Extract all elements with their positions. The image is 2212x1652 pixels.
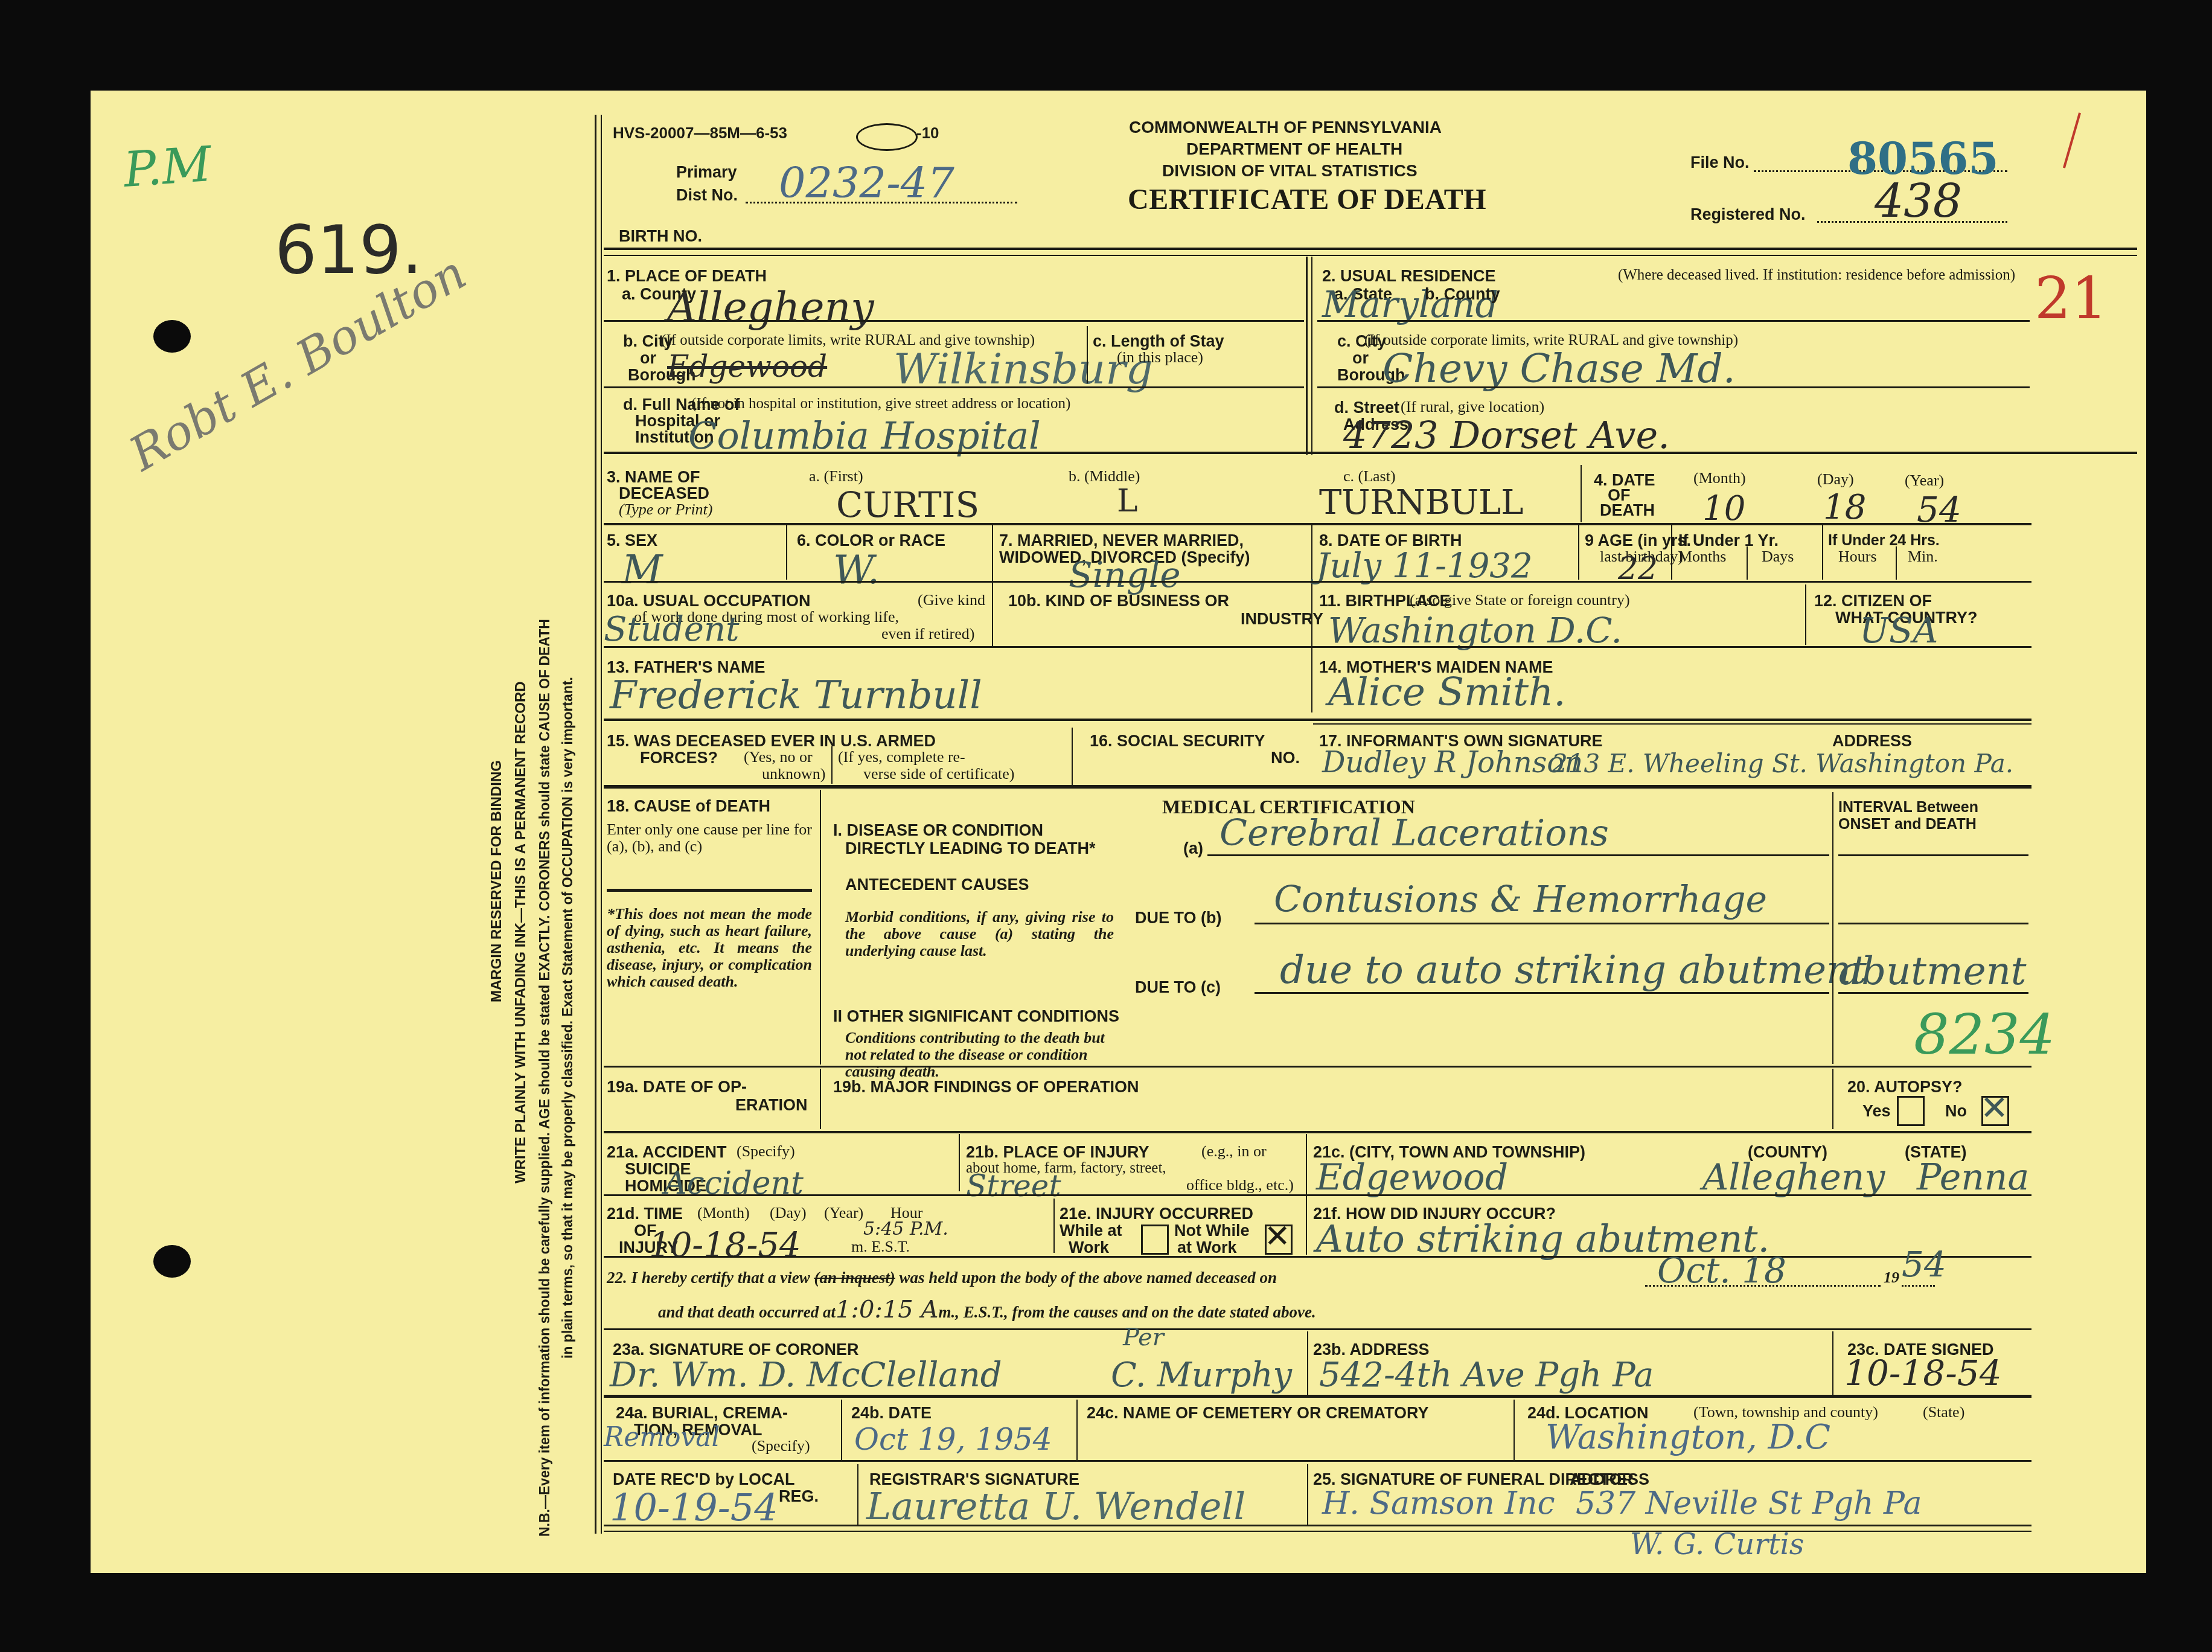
form-border-left-inner: [601, 115, 602, 1534]
occupation-label: 10a. USUAL OCCUPATION: [607, 592, 811, 610]
not-while-at-work-x-mark-icon: ✕: [1264, 1221, 1291, 1252]
divider-dob: [1578, 525, 1579, 580]
margin-nb-line1: N.B.—Every item of information should be…: [535, 619, 554, 1537]
rule-1a: [604, 320, 1304, 322]
residence-city-label-2: or: [1352, 349, 1369, 367]
burial-date-label: 24b. DATE: [851, 1404, 932, 1422]
cause-footnote: *This does not mean the mode of dying, s…: [607, 906, 812, 990]
armed-hint-2: unknown): [762, 766, 825, 783]
antecedent-label: ANTECEDENT CAUSES: [845, 876, 1029, 894]
divider-23a: [1307, 1331, 1308, 1395]
middle-name-label: b. (Middle): [1069, 468, 1140, 485]
divider-autopsy: [1832, 1069, 1833, 1129]
divider-24b: [1076, 1400, 1078, 1460]
divider-race: [992, 525, 993, 646]
divider-21d: [1053, 1199, 1055, 1253]
armed-hint-1: (Yes, no or: [744, 749, 813, 766]
interval-label-2: ONSET and DEATH: [1838, 815, 1977, 833]
line-a: [1207, 854, 1829, 856]
injury-time-label-1: 21d. TIME: [607, 1205, 683, 1223]
occupation-hint-3: even if retired): [881, 626, 974, 642]
due-to-c-label: DUE TO (c): [1135, 978, 1221, 996]
dist-no-value[interactable]: 0232-47: [779, 158, 954, 208]
injury-state-value[interactable]: Penna: [1917, 1156, 2029, 1199]
injury-year-label: (Year): [824, 1205, 863, 1221]
death-time-value[interactable]: 1:0:15 A: [836, 1296, 938, 1324]
annotation-red-21: 21: [2035, 266, 2108, 332]
months-label: Months: [1678, 548, 1726, 565]
divider-ssn: [1072, 728, 1073, 785]
certification-line1-after: was held upon the body of the above name…: [899, 1269, 1276, 1287]
union-label-suffix: -10: [916, 124, 939, 142]
cause-a-value[interactable]: Cerebral Lacerations: [1219, 812, 1609, 854]
dod-label-3: DEATH: [1600, 501, 1655, 519]
divider-24a: [841, 1400, 842, 1460]
injury-occurred-label: 21e. INJURY OCCURRED: [1060, 1205, 1253, 1223]
interval-line-a: [1838, 854, 2028, 856]
occupation-value[interactable]: Student: [604, 610, 740, 649]
dod-year-label: (Year): [1905, 472, 1944, 489]
cause-c-continuation: abutment: [1838, 949, 2027, 994]
informant-signature[interactable]: Dudley R Johnson: [1322, 746, 1583, 780]
header-rule-2: [604, 255, 2137, 256]
funeral-director-value[interactable]: H. Samson Inc: [1322, 1485, 1555, 1522]
armed-hint-3: (If yes, complete re-: [838, 749, 965, 766]
divider-stay: [1087, 326, 1088, 383]
punch-hole-bottom: [153, 1245, 191, 1278]
form-border-left: [595, 115, 596, 1534]
birth-no-label: BIRTH NO.: [619, 227, 702, 245]
birthplace-hint: (also give State or foreign country): [1410, 592, 1630, 609]
divider-21a: [959, 1134, 960, 1191]
place-of-injury-hint-3: office bldg., etc.): [1186, 1177, 1294, 1194]
usual-residence-label: 2. USUAL RESIDENCE: [1322, 267, 1496, 285]
location-value[interactable]: Washington, D.C: [1546, 1418, 1830, 1457]
length-of-stay-hint: (in this place): [1117, 349, 1203, 366]
name-label-2: DECEASED: [619, 484, 709, 502]
divider-cause-left: [820, 790, 821, 1065]
registrar-signature-value[interactable]: Lauretta U. Wendell: [866, 1484, 1245, 1528]
burial-date-value[interactable]: Oct 19, 1954: [854, 1422, 1052, 1457]
certification-line2-after: m., E.S.T., from the causes and on the d…: [938, 1303, 1315, 1321]
form-code: HVS-20007—85M—6-53: [613, 124, 787, 142]
min-label: Min.: [1908, 548, 1938, 565]
ssn-label-1: 16. SOCIAL SECURITY: [1090, 732, 1265, 750]
divider-sex: [786, 525, 787, 580]
marital-value[interactable]: Single: [1069, 554, 1181, 595]
ssn-label-2: NO.: [1271, 749, 1300, 767]
cemetery-label: 24c. NAME OF CEMETERY OR CREMATORY: [1087, 1404, 1429, 1422]
residence-city-value[interactable]: Chevy Chase Md.: [1382, 345, 1736, 392]
race-value[interactable]: W.: [833, 546, 880, 593]
burial-hint: (Specify): [752, 1438, 810, 1455]
injury-city-value[interactable]: Edgewood: [1316, 1156, 1508, 1199]
birthplace-value[interactable]: Washington D.C.: [1328, 610, 1622, 651]
injury-est-label: m. E.S.T.: [851, 1238, 910, 1255]
armed-hint-4: verse side of certificate): [863, 766, 1014, 783]
under24-label: If Under 24 Hrs.: [1828, 531, 1940, 549]
place-of-death-label: 1. PLACE OF DEATH: [607, 267, 767, 285]
injury-month-label: (Month): [697, 1205, 750, 1221]
registered-no-label: Registered No.: [1690, 205, 1806, 223]
divider-date-of-death: [1581, 465, 1582, 522]
divider-date-recd: [857, 1464, 858, 1525]
cause-code-value[interactable]: 8234: [1914, 1002, 2055, 1067]
while-at-work-label-1: While at: [1060, 1221, 1122, 1240]
divider-23b: [1832, 1331, 1833, 1395]
autopsy-no-label: No: [1945, 1102, 1967, 1120]
rule-15: [604, 785, 2031, 789]
divider-age: [1671, 525, 1672, 580]
autopsy-yes-checkbox[interactable]: [1897, 1096, 1925, 1126]
armed-label-2: FORCES?: [640, 749, 718, 767]
margin-binding-text: MARGIN RESERVED FOR BINDING: [488, 760, 506, 1002]
divider-24c: [1514, 1400, 1515, 1460]
rule-25b: [604, 1531, 2031, 1532]
city-label-2: or: [640, 349, 656, 367]
middle-name-value[interactable]: L: [1117, 483, 1138, 519]
location-state-label: (State): [1923, 1404, 1964, 1421]
certificate-title: CERTIFICATE OF DEATH: [1128, 183, 1486, 216]
residence-street-value[interactable]: 4723 Dorset Ave.: [1343, 413, 1670, 457]
line-a-label: (a): [1183, 839, 1203, 857]
year-prefix: 19: [1884, 1269, 1899, 1286]
cause-instruction: Enter only one cause per line for (a), (…: [607, 821, 812, 855]
interval-line-b: [1838, 923, 2028, 924]
death-county-value[interactable]: Allegheny: [667, 284, 874, 331]
dob-value[interactable]: July 11-1932: [1316, 546, 1533, 586]
cause-b-value[interactable]: Contusions & Hemorrhage: [1274, 879, 1767, 921]
divider-registrar: [1307, 1464, 1308, 1525]
first-name-value[interactable]: CURTIS: [836, 484, 979, 525]
rule-22: [604, 1328, 2031, 1330]
certification-line2: and that death occurred at1:0:15 Am., E.…: [658, 1301, 1316, 1321]
first-name-label: a. (First): [809, 468, 863, 485]
days-label: Days: [1762, 548, 1794, 565]
part1-label-1: I. DISEASE OR CONDITION: [833, 821, 1043, 839]
autopsy-label: 20. AUTOPSY?: [1847, 1078, 1963, 1096]
view-date-value[interactable]: Oct. 18: [1657, 1250, 1786, 1291]
not-while-at-work-label-1: Not While: [1174, 1221, 1249, 1240]
while-at-work-checkbox[interactable]: [1141, 1225, 1169, 1255]
certification-line1-struck: (an inquest): [814, 1269, 895, 1287]
divider-place-residence: [1306, 257, 1308, 455]
findings-label: 19b. MAJOR FINDINGS OF OPERATION: [833, 1078, 1139, 1096]
burial-value[interactable]: Removal: [604, 1422, 720, 1453]
divider-months: [1747, 546, 1748, 580]
divider-hours: [1896, 546, 1897, 580]
certification-line2-before: and that death occurred at: [658, 1303, 836, 1321]
rule-2a: [1317, 320, 2030, 322]
cause-c-value[interactable]: due to auto striking abutment: [1280, 948, 1867, 993]
rule-1b: [604, 386, 1304, 388]
date-signed-value[interactable]: 10-18-54: [1844, 1353, 2002, 1394]
rule-18: [604, 1066, 2031, 1068]
divider-birthplace: [1805, 584, 1806, 645]
hours-label: Hours: [1838, 548, 1877, 565]
part1-label-2: DIRECTLY LEADING TO DEATH*: [845, 839, 1096, 857]
dod-day-value[interactable]: 18: [1823, 488, 1866, 527]
citizen-label-1: 12. CITIZEN OF: [1814, 592, 1932, 610]
rule-19: [604, 1131, 2031, 1133]
divider-operation: [820, 1069, 821, 1129]
under1-label: If Under 1 Yr.: [1678, 531, 1779, 549]
while-at-work-label-2: Work: [1069, 1238, 1109, 1257]
residence-county-label: b. County: [1425, 285, 1500, 303]
injury-day-label: (Day): [770, 1205, 807, 1221]
informant-address-label: ADDRESS: [1832, 732, 1912, 750]
marital-label-1: 7. MARRIED, NEVER MARRIED,: [999, 531, 1244, 549]
part2-text: Conditions contributing to the death but…: [845, 1029, 1111, 1080]
divider-days: [1822, 525, 1823, 580]
rule-5: [604, 581, 2031, 583]
primary-label: Primary: [676, 163, 737, 181]
place-of-injury-label: 21b. PLACE OF INJURY: [966, 1143, 1149, 1161]
interval-label-1: INTERVAL Between: [1838, 798, 1978, 816]
coroner-per-signature-value[interactable]: C. Murphy: [1111, 1356, 1292, 1395]
name-label-1: 3. NAME OF: [607, 468, 700, 486]
issuer-line3: DIVISION OF VITAL STATISTICS: [1162, 162, 1418, 180]
autopsy-no-x-mark-icon: ✕: [1980, 1092, 2009, 1125]
divider-armed: [831, 746, 833, 784]
father-value[interactable]: Frederick Turnbull: [610, 673, 982, 718]
business-label-2: INDUSTRY: [1241, 610, 1323, 628]
rule-21a: [604, 1194, 2031, 1196]
date-recd-label-2: REG.: [779, 1487, 819, 1505]
morbid-text: Morbid conditions, if any, giving rise t…: [845, 909, 1114, 959]
rule-25: [604, 1525, 2031, 1526]
dod-day-label: (Day): [1817, 471, 1854, 488]
last-name-value[interactable]: TURNBULL: [1319, 483, 1523, 522]
coroner-address-value[interactable]: 542-4th Ave Pgh Pa: [1319, 1356, 1654, 1395]
rule-21d: [604, 1256, 2031, 1258]
dod-month-label: (Month): [1693, 470, 1746, 487]
divider-place-residence-2: [1311, 257, 1312, 455]
rule-23: [604, 1395, 2031, 1398]
injury-hour-value[interactable]: 5:45 P.M.: [863, 1218, 948, 1240]
occupation-hint-1: (Give kind: [918, 592, 985, 609]
punch-hole-top: [153, 320, 191, 353]
annotation-pm: P.M: [122, 136, 213, 198]
place-of-injury-hint-1: (e.g., in or: [1201, 1143, 1267, 1160]
injury-type-value[interactable]: Accident: [664, 1165, 804, 1202]
rule-13: [604, 719, 2031, 721]
funeral-address-value[interactable]: 537 Neville St Pgh Pa: [1576, 1485, 1922, 1522]
length-of-stay-label: c. Length of Stay: [1093, 332, 1224, 350]
not-while-at-work-label-2: at Work: [1177, 1238, 1237, 1257]
hospital-hint: (If not in hospital or institution, give…: [691, 395, 1277, 412]
autopsy-yes-label: Yes: [1862, 1102, 1891, 1120]
coroner-per-value: Per: [1123, 1324, 1164, 1351]
business-label-1: 10b. KIND OF BUSINESS OR: [1008, 592, 1229, 610]
year-line: [1902, 1285, 1935, 1287]
margin-nb-line2: in plain terms, so that it may be proper…: [558, 677, 577, 1359]
last-name-label: c. (Last): [1343, 468, 1396, 485]
issuer-line2: DEPARTMENT OF HEALTH: [1186, 140, 1402, 158]
citizen-value[interactable]: USA: [1859, 610, 1939, 651]
cause-of-death-label: 18. CAUSE of DEATH: [607, 797, 770, 815]
due-to-b-label: DUE TO (b): [1135, 909, 1222, 927]
funeral-signer-value[interactable]: W. G. Curtis: [1630, 1528, 1804, 1561]
informant-address-value[interactable]: 213 E. Wheeling St. Washington Pa.: [1552, 749, 2013, 778]
rule-2c: [1317, 386, 2030, 388]
dist-no-label: Dist No.: [676, 186, 738, 204]
name-label-3: (Type or Print): [619, 501, 713, 518]
rule-13b: [1313, 723, 2031, 725]
injury-date-value[interactable]: 10-18-54: [649, 1226, 801, 1265]
date-recd-value[interactable]: 10-19-54: [610, 1485, 778, 1529]
injury-type-hint: (Specify): [737, 1143, 795, 1160]
injury-county-value[interactable]: Allegheny: [1702, 1156, 1885, 1199]
issuer-line1: COMMONWEALTH OF PENNSYLVANIA: [1129, 118, 1442, 136]
margin-write-plainly-text: WRITE PLAINLY WITH UNFADING INK—THIS IS …: [512, 681, 530, 1183]
certification-line1: 22. I hereby certify that a view (an inq…: [607, 1269, 1277, 1286]
rule-cause-instr: [607, 889, 812, 892]
residence-hint: (Where deceased lived. If institution: r…: [1568, 267, 2015, 284]
death-city-struck-value: Edgewood: [667, 349, 827, 384]
divider-interval: [1832, 792, 1833, 1064]
age-label-1: 9 AGE (in yrs.: [1585, 531, 1691, 549]
mother-value[interactable]: Alice Smith.: [1328, 670, 1566, 715]
operation-date-label-1: 19a. DATE OF OP-: [607, 1078, 747, 1096]
certification-line1-before: 22. I hereby certify that a view: [607, 1269, 810, 1287]
operation-date-label-2: ERATION: [735, 1096, 808, 1114]
line-b: [1255, 923, 1829, 924]
part2-label: II OTHER SIGNIFICANT CONDITIONS: [833, 1007, 1119, 1025]
certification-year-value[interactable]: 54: [1902, 1244, 1946, 1285]
armed-label-1: 15. WAS DECEASED EVER IN U.S. ARMED: [607, 732, 936, 750]
place-of-injury-value[interactable]: Street: [966, 1168, 1061, 1203]
file-no-label: File No.: [1690, 153, 1750, 171]
coroner-signature-value[interactable]: Dr. Wm. D. McClelland: [610, 1356, 1002, 1395]
rule-3: [604, 523, 2031, 525]
burial-label-1: 24a. BURIAL, CREMA-: [616, 1404, 788, 1422]
registered-no-value[interactable]: 438: [1875, 174, 1962, 228]
union-label-icon: [856, 123, 918, 151]
injury-type-label-1: 21a. ACCIDENT: [607, 1143, 727, 1161]
header-rule-1: [604, 248, 2137, 250]
rule-24: [604, 1460, 2031, 1462]
rule-10: [604, 646, 2031, 648]
sex-value[interactable]: M: [622, 546, 663, 593]
